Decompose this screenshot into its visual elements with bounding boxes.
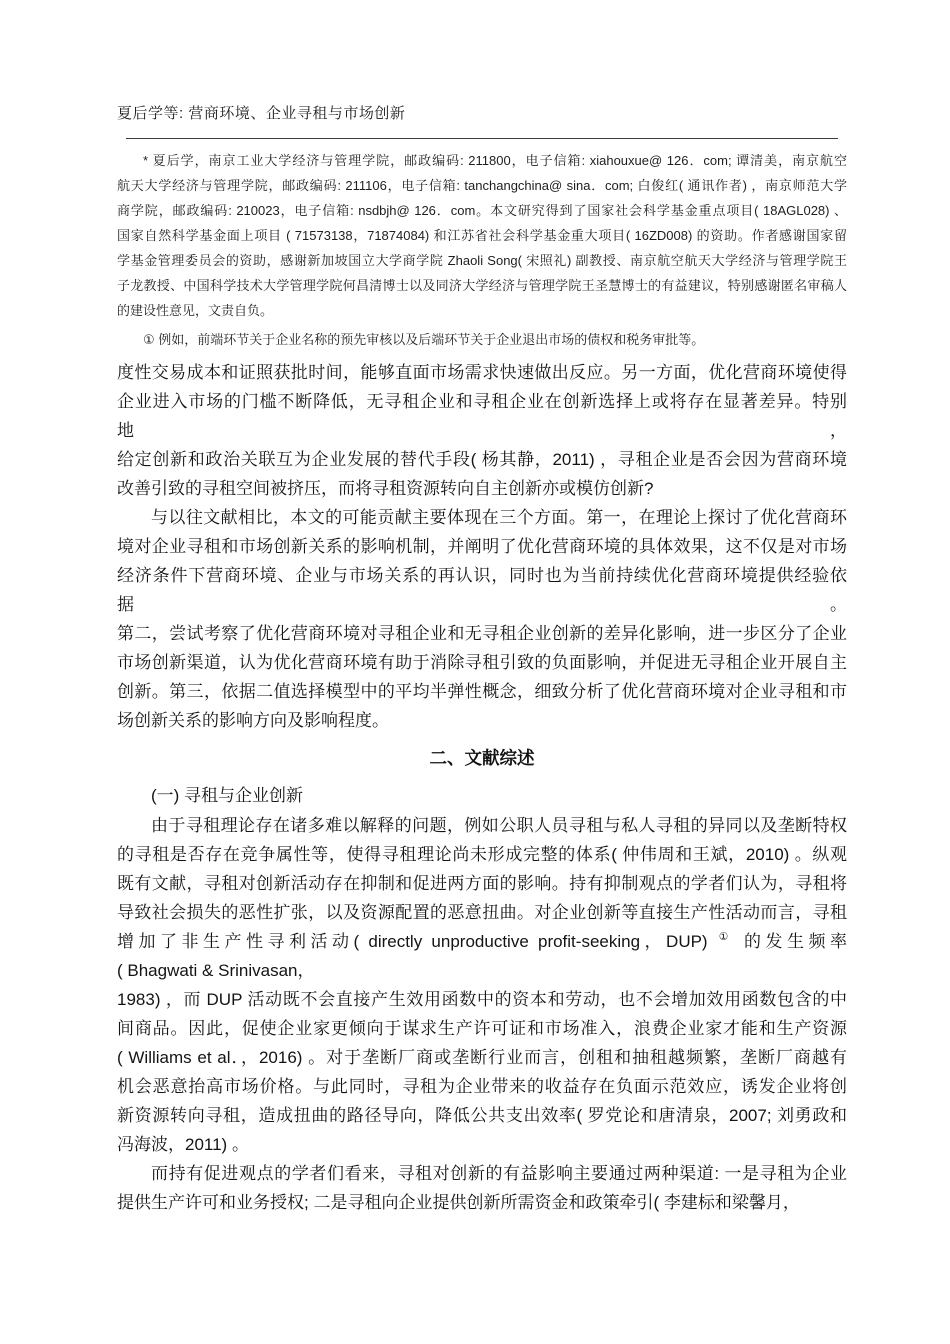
text-line: 间商品。因此，促使企业家更倾向于谋求生产许可证和市场准入，浪费企业家才能和生产资… [117,1014,847,1043]
text-line: 国家自然科学基金面上项目 ( 71573138，71874084) 和江苏省社会… [117,223,847,248]
numbered-footnote: ① 例如，前端环节关于企业名称的预先审核以及后端环节关于企业退出市场的债权和税务… [117,327,847,352]
text-line: 子龙教授、中国科学技术大学管理学院何昌清博士以及同济大学经济与管理学院王圣慧博士… [117,273,847,298]
text-line: * 夏后学，南京工业大学经济与管理学院，邮政编码: 211800，电子信箱: x… [117,148,847,173]
article-body: 度性交易成本和证照获批时间，能够直面市场需求快速做出反应。另一方面，优化营商环境… [117,358,847,1217]
text-line: 市场创新渠道，认为优化营商环境有助于消除寻租引致的负面影响，并促进无寻租企业开展… [117,648,847,677]
text-line: 航天大学经济与管理学院，邮政编码: 211106，电子信箱: tanchangc… [117,173,847,198]
text-line: 创新。第三，依据二值选择模型中的平均半弹性概念，细致分析了优化营商环境对企业寻租… [117,677,847,706]
text-line: ( Bhagwati & Srinivasan， [117,956,847,985]
text-line: 学基金管理委员会的资助，感谢新加坡国立大学商学院 Zhaoli Song( 宋照… [117,248,847,273]
text-line: 冯海波，2011) 。 [117,1130,847,1159]
text-line: 的建设性意见，文责自负。 [117,298,847,323]
text-line: ( Williams et al．，2016) 。对于垄断厂商或垄断行业而言，创… [117,1043,847,1072]
footnote-ref-superscript: ① [717,931,735,943]
text-line: 改善引致的寻租空间被挤压，而将寻租资源转向自主创新亦或模仿创新? [117,474,847,503]
para-continuation: 度性交易成本和证照获批时间，能够直面市场需求快速做出反应。另一方面，优化营商环境… [117,358,847,503]
subsection-heading: (一) 寻租与企业创新 [117,781,847,811]
text-line: 的寻租是否存在竞争属性等，使得寻租理论尚未形成完整的体系( 仲伟周和王斌，201… [117,840,847,869]
footnote-block: * 夏后学，南京工业大学经济与管理学院，邮政编码: 211800，电子信箱: x… [117,148,847,352]
para-rent-seeking-literature: 由于寻租理论存在诸多难以解释的问题，例如公职人员寻租与私人寻租的异同以及垄断特权… [117,811,847,1159]
text-line: 场创新关系的影响方向及影响程度。 [117,706,847,735]
text-line: ① 例如，前端环节关于企业名称的预先审核以及后端环节关于企业退出市场的债权和税务… [117,327,847,352]
text-line: 既有文献，寻租对创新活动存在抑制和促进两方面的影响。持有抑制观点的学者们认为，寻… [117,869,847,898]
section-heading: 二、文献综述 [117,743,847,773]
text-line: 而持有促进观点的学者们看来，寻租对创新的有益影响主要通过两种渠道: 一是寻租为企… [117,1159,847,1188]
text-line: 给定创新和政治关联互为企业发展的替代手段( 杨其静，2011) ，寻租企业是否会… [117,445,847,474]
text-line: 商学院，邮政编码: 210023，电子信箱: nsdbjh@ 126．com。本… [117,198,847,223]
text-line: 经济条件下营商环境、企业与市场关系的再认识，同时也为当前持续优化营商环境提供经验… [117,561,847,619]
text-line: 企业进入市场的门槛不断降低，无寻租企业和寻租企业在创新选择上或将存在显著差异。特… [117,387,847,445]
text-line: 度性交易成本和证照获批时间，能够直面市场需求快速做出反应。另一方面，优化营商环境… [117,358,847,387]
text-line: 提供生产许可和业务授权; 二是寻租向企业提供创新所需资金和政策牵引( 李建标和梁… [117,1188,847,1217]
text-line: 新资源转向寻租，造成扭曲的路径导向，降低公共支出效率( 罗党论和唐清泉，2007… [117,1101,847,1130]
text-line: 机会恶意抬高市场价格。与此同时，寻租为企业带来的收益存在负面示范效应，诱发企业将… [117,1072,847,1101]
document-page: 夏后学等: 营商环境、企业寻租与市场创新 * 夏后学，南京工业大学经济与管理学院… [0,0,950,1344]
text-line: 1983) ，而 DUP 活动既不会直接产生效用函数中的资本和劳动，也不会增加效… [117,985,847,1014]
text-line: 与以往文献相比，本文的可能贡献主要体现在三个方面。第一，在理论上探讨了优化营商环 [117,503,847,532]
text-line: 增加了非生产性寻利活动( directly unproductive profi… [117,927,847,956]
text-line: 第二，尝试考察了优化营商环境对寻租企业和无寻租企业创新的差异化影响，进一步区分了… [117,619,847,648]
para-contributions: 与以往文献相比，本文的可能贡献主要体现在三个方面。第一，在理论上探讨了优化营商环… [117,503,847,735]
header-rule [126,138,838,139]
para-promotion-view: 而持有促进观点的学者们看来，寻租对创新的有益影响主要通过两种渠道: 一是寻租为企… [117,1159,847,1217]
text-line: 导致社会损失的恶性扩张，以及资源配置的恶意扭曲。对企业创新等直接生产性活动而言，… [117,898,847,927]
text-line: 境对企业寻租和市场创新关系的影响机制，并阐明了优化营商环境的具体效果，这不仅是对… [117,532,847,561]
page-content: 夏后学等: 营商环境、企业寻租与市场创新 * 夏后学，南京工业大学经济与管理学院… [117,0,847,1217]
author-footnote: * 夏后学，南京工业大学经济与管理学院，邮政编码: 211800，电子信箱: x… [117,148,847,323]
text-line: 由于寻租理论存在诸多难以解释的问题，例如公职人员寻租与私人寻租的异同以及垄断特权 [117,811,847,840]
running-header: 夏后学等: 营商环境、企业寻租与市场创新 [117,0,847,124]
